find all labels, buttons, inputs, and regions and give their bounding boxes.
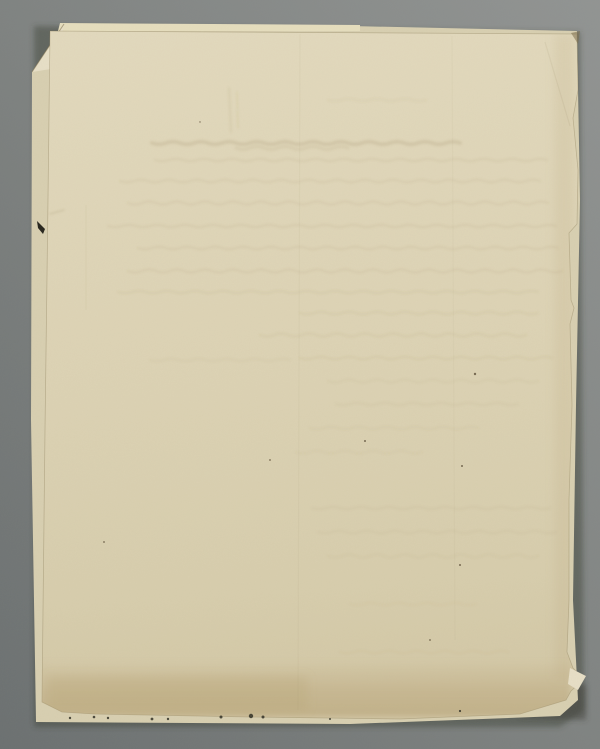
- scanned-document-photo: [0, 0, 600, 749]
- film-grain-overlay: [0, 0, 600, 749]
- scan-canvas: [0, 0, 600, 749]
